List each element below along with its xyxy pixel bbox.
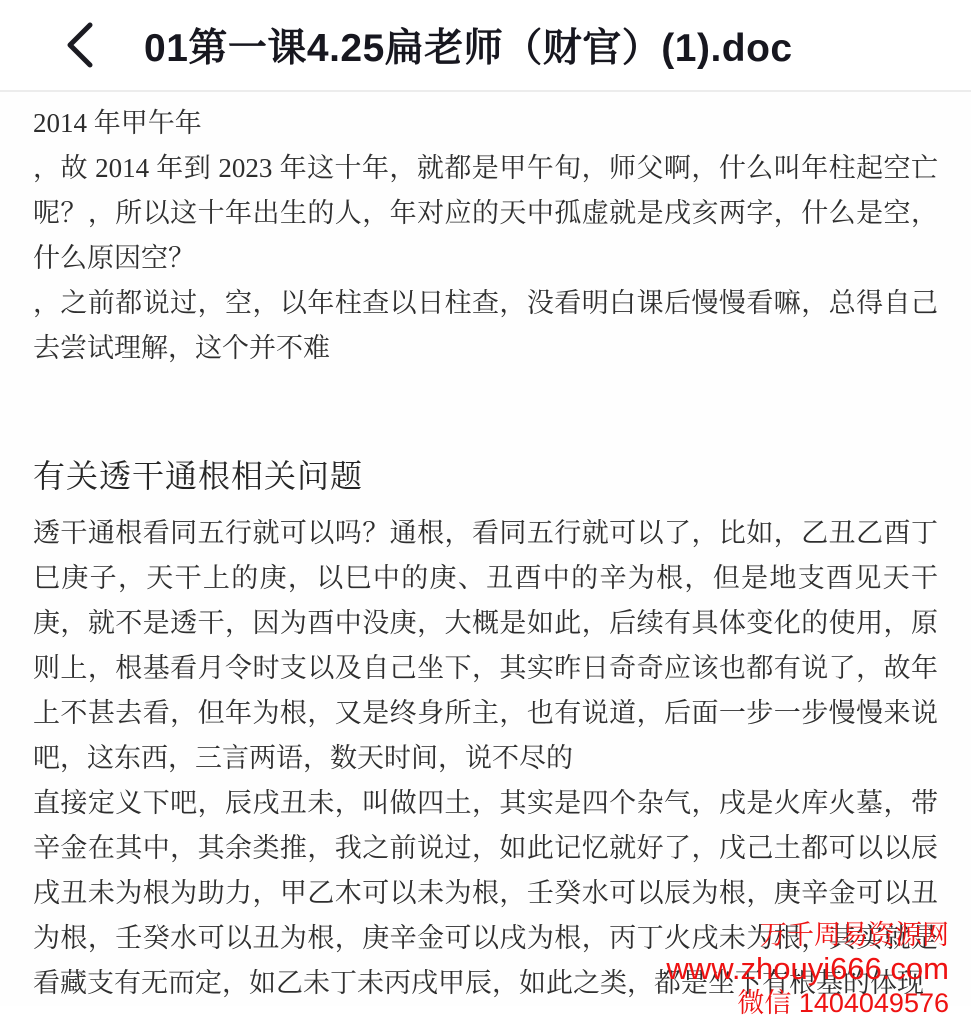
watermark-url: www.zhouyi666.com bbox=[666, 952, 949, 986]
watermark: 万千周易资源网 www.zhouyi666.com 微信 1404049576 bbox=[666, 918, 949, 1020]
paragraph-tougan-tonggen: 透干通根看同五行就可以吗？通根，看同五行就可以了，比如，乙丑乙酉丁巳庚子，天干上… bbox=[33, 511, 938, 781]
paragraph-decade: ，故 2014 年到 2023 年这十年，就都是甲午旬，师父啊，什么叫年柱起空亡… bbox=[33, 146, 938, 281]
back-chevron-icon bbox=[64, 21, 94, 69]
document-scroll-area[interactable]: 2014 年甲午年 ，故 2014 年到 2023 年这十年，就都是甲午旬，师父… bbox=[0, 92, 971, 1006]
section-heading: 有关透干通根相关问题 bbox=[33, 451, 938, 497]
header-bar: 01第一课4.25扁老师（财官）(1).doc bbox=[0, 0, 971, 92]
watermark-site-name: 万千周易资源网 bbox=[666, 918, 949, 952]
back-button[interactable] bbox=[64, 17, 108, 73]
paragraph-kongwang: ，之前都说过，空，以年柱查以日柱查，没看明白课后慢慢看嘛，总得自己去尝试理解，这… bbox=[33, 281, 938, 371]
paragraph-year: 2014 年甲午年 bbox=[33, 101, 938, 146]
document-title: 01第一课4.25扁老师（财官）(1).doc bbox=[144, 17, 793, 73]
watermark-wechat: 微信 1404049576 bbox=[666, 986, 949, 1020]
